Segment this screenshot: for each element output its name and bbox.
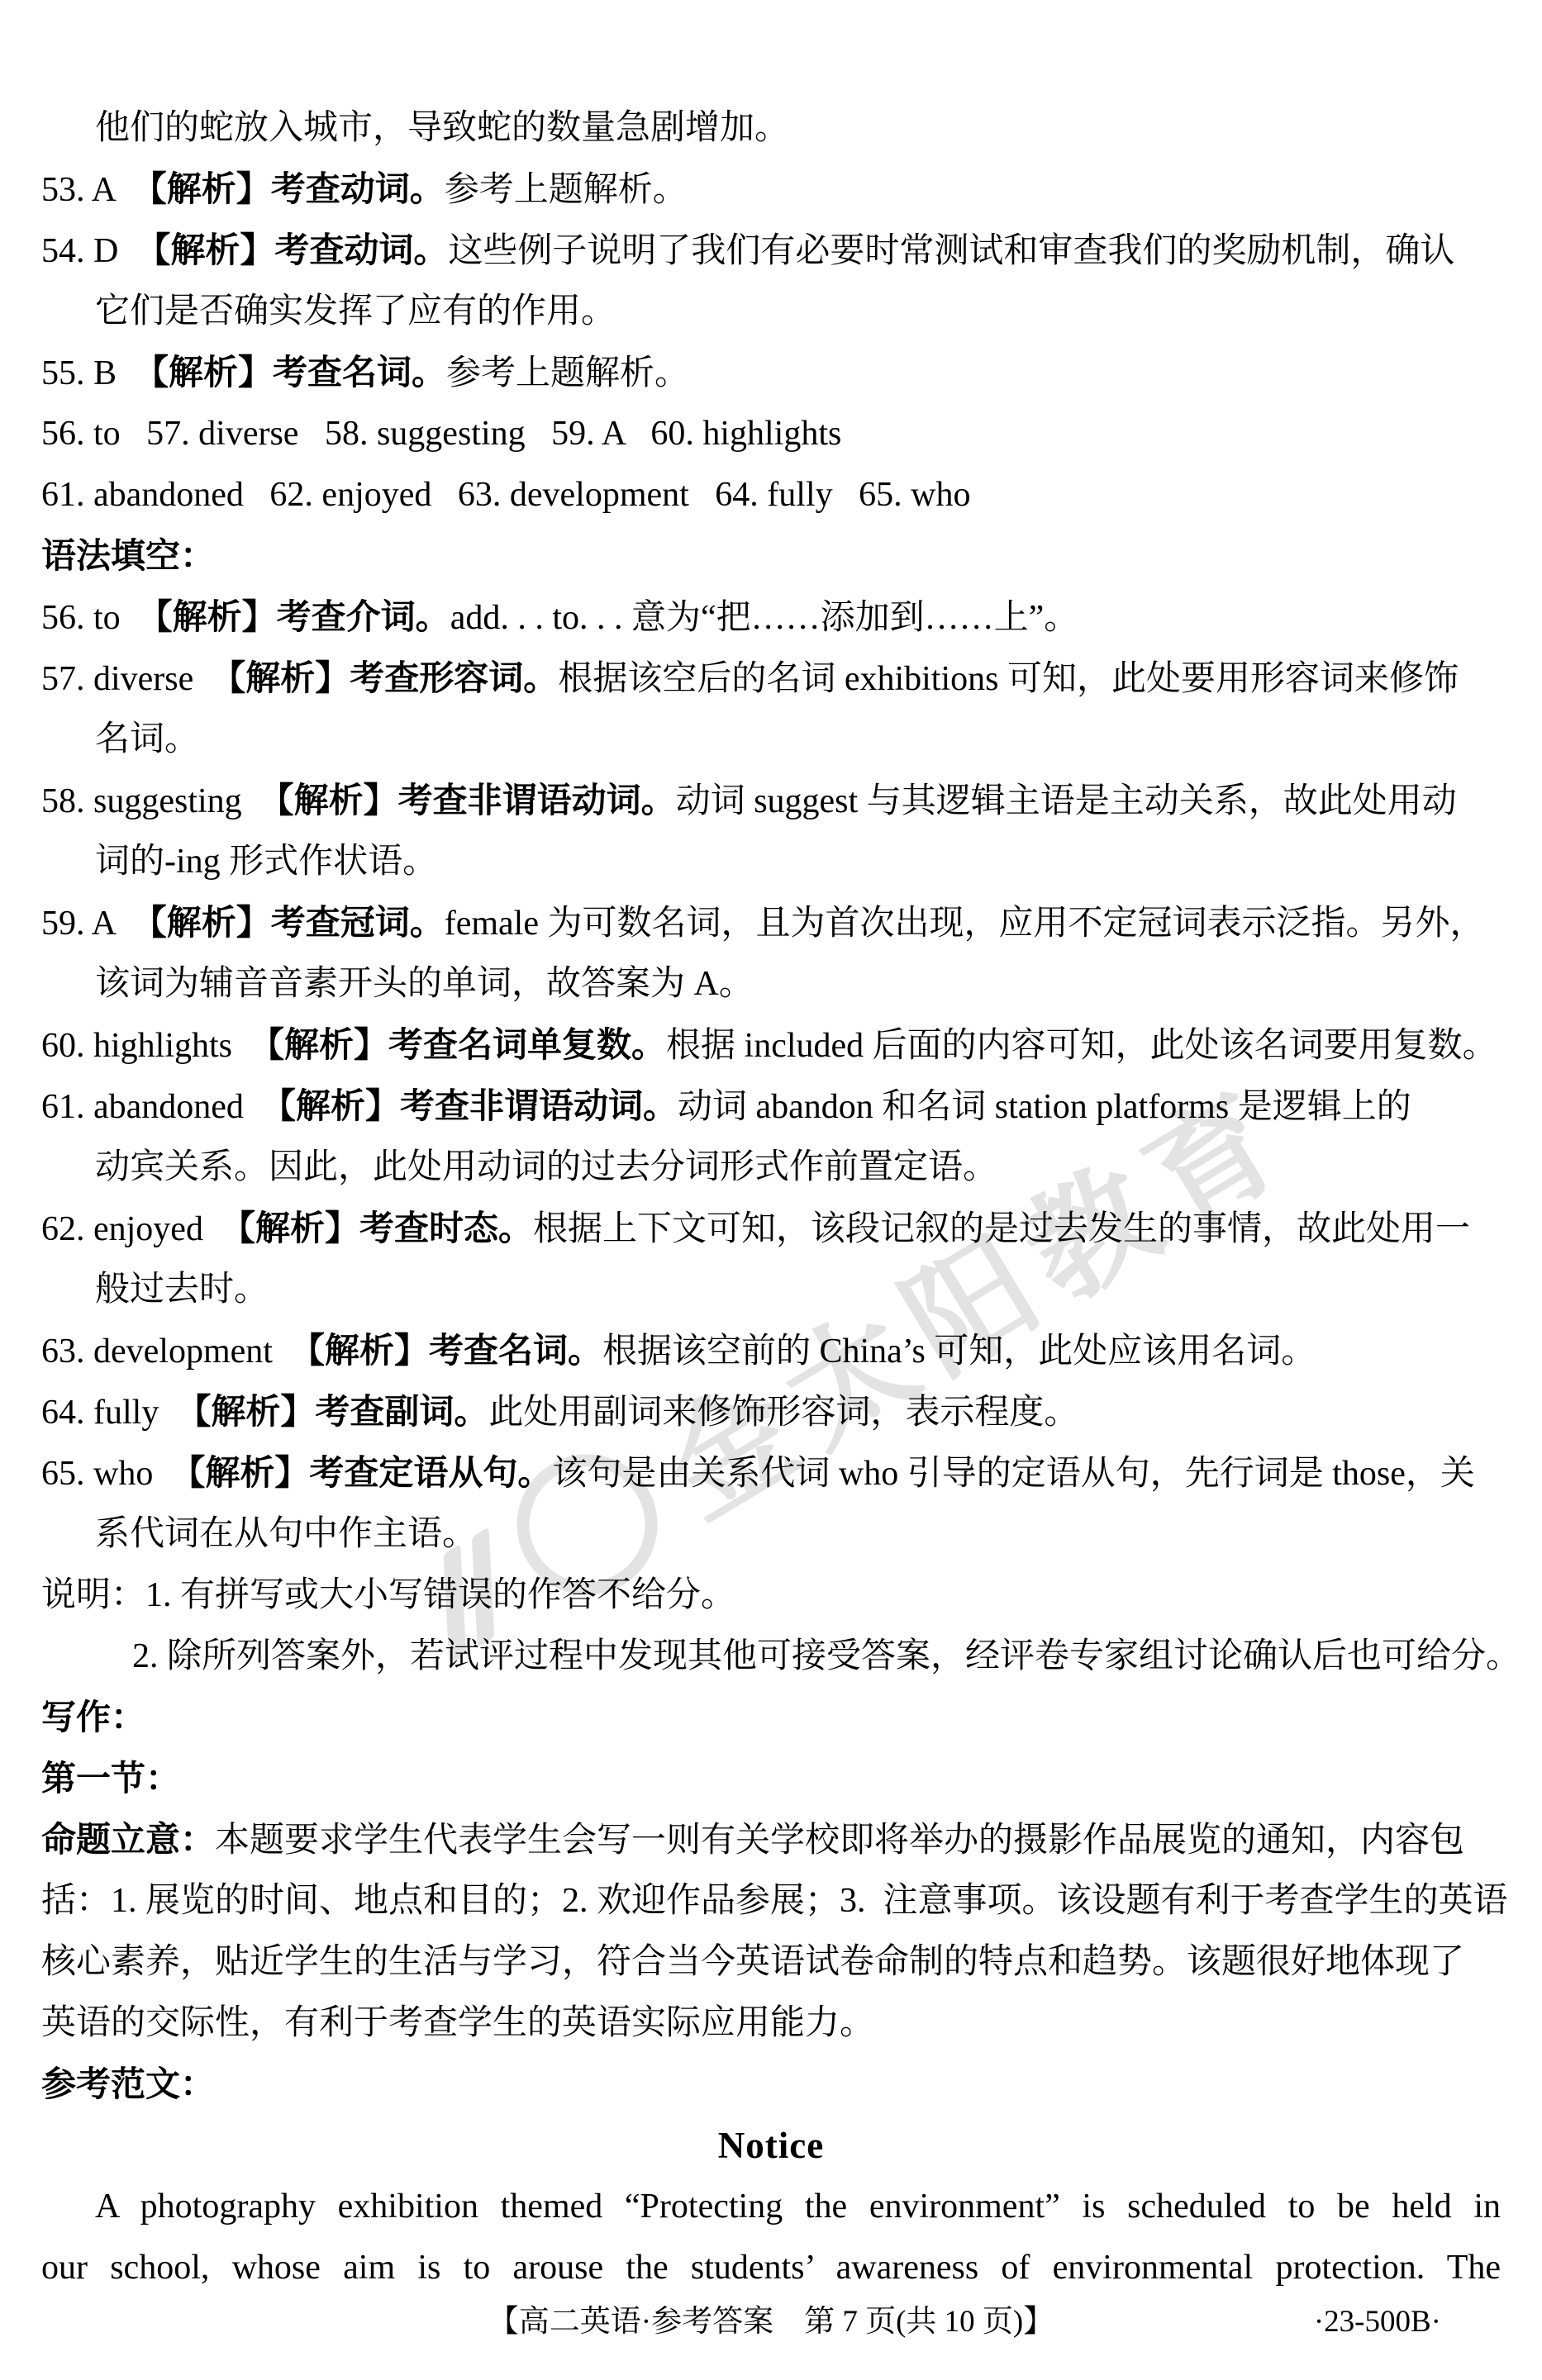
text-run: 55. B	[41, 354, 151, 392]
analysis-label: 【解析】考查形容词。	[228, 658, 558, 697]
analysis-label: 【解析】考查冠词。	[150, 903, 445, 942]
text-line: 名词。	[41, 709, 1501, 770]
analysis-label: 参考范文：	[41, 2064, 215, 2103]
text-line: 60. highlights 【解析】考查名词单复数。根据 included 后…	[41, 1014, 1501, 1076]
text-line: 61. abandoned 【解析】考查非谓语动词。动词 abandon 和名词…	[41, 1076, 1501, 1137]
text-line: 65. who 【解析】考查定语从句。该句是由关系代词 who 引导的定语从句，…	[41, 1442, 1501, 1504]
text-run: 这些例子说明了我们有必要时常测试和审查我们的奖励机制，确认	[448, 232, 1454, 270]
text-line: A photography exhibition themed “Protect…	[41, 2176, 1501, 2237]
text-run: 根据上下文可知，该段记叙的是过去发生的事情，故此处用一	[533, 1210, 1470, 1248]
text-run: 括：1. 展览的时间、地点和目的；2. 欢迎作品参展；3. 注意事项。该设题有利…	[41, 1882, 1508, 1920]
text-line: 词的-ing 形式作状语。	[41, 831, 1501, 892]
footer-paper-code: ·23-500B·	[1314, 2303, 1441, 2341]
analysis-label: 【解析】考查动词。	[150, 169, 445, 208]
text-run: 64. fully	[41, 1394, 193, 1432]
text-run: 59. A	[41, 905, 150, 943]
text-run: 英语的交际性，有利于考查学生的英语实际应用能力。	[41, 2004, 874, 2042]
analysis-label: 命题立意：	[41, 1820, 215, 1859]
answer-key-content: 他们的蛇放入城市，导致蛇的数量急剧增加。53. A 【解析】考查动词。参考上题解…	[41, 97, 1501, 2298]
text-run: 61. abandoned 62. enjoyed 63. developmen…	[41, 476, 970, 514]
text-run: 参考上题解析。	[446, 354, 689, 392]
text-line: 56. to 【解析】考查介词。add. . . to. . . 意为“把……添…	[41, 587, 1501, 648]
text-line: 63. development 【解析】考查名词。根据该空前的 China’s …	[41, 1320, 1501, 1381]
text-line: our school, whose aim is to arouse the s…	[41, 2237, 1501, 2298]
text-line: 第一节：	[41, 1748, 1501, 1809]
text-run: 它们是否确实发挥了应有的作用。	[95, 292, 616, 330]
text-line: 参考范文：	[41, 2054, 1501, 2115]
text-run: 根据该空后的名词 exhibitions 可知，此处要用形容词来修饰	[558, 660, 1459, 698]
text-line: 系代词在从句中作主语。	[41, 1504, 1501, 1565]
analysis-label: 写作：	[41, 1698, 145, 1736]
text-line: 58. suggesting 【解析】考查非谓语动词。动词 suggest 与其…	[41, 770, 1501, 831]
text-run: 名词。	[95, 720, 199, 758]
text-run: 参考上题解析。	[445, 171, 688, 209]
text-line: 61. abandoned 62. enjoyed 63. developmen…	[41, 464, 1501, 525]
text-run: 62. enjoyed	[41, 1210, 238, 1248]
analysis-label: 【解析】考查时态。	[238, 1209, 533, 1247]
text-run: 60. highlights	[41, 1027, 267, 1065]
document-page: 金太阳教育 他们的蛇放入城市，导致蛇的数量急剧增加。53. A 【解析】考查动词…	[0, 0, 1542, 2380]
analysis-label: 【解析】考查名词。	[307, 1331, 602, 1370]
text-line: 般过去时。	[41, 1259, 1501, 1320]
text-run: 63. development	[41, 1333, 307, 1371]
analysis-label: 【解析】考查非谓语动词。	[277, 781, 676, 819]
analysis-label: 【解析】考查非谓语动词。	[278, 1086, 678, 1125]
analysis-label: 【解析】考查名词。	[151, 353, 446, 392]
text-run: 53. A	[41, 171, 150, 209]
text-run: 根据 included 后面的内容可知，此处该名词要用复数。	[666, 1027, 1497, 1065]
text-run: our school, whose aim is to arouse the s…	[41, 2249, 1501, 2287]
footer-page-info: 【高二英语·参考答案 第 7 页(共 10 页)】	[0, 2303, 1542, 2341]
text-run: 根据该空前的 China’s 可知，此处应该用名词。	[602, 1333, 1316, 1371]
text-run: 56. to	[41, 599, 155, 637]
text-run: 58. suggesting	[41, 782, 277, 820]
text-line: 命题立意：本题要求学生代表学生会写一则有关学校即将举办的摄影作品展览的通知，内容…	[41, 1809, 1501, 1870]
text-line: 说明：1. 有拼写或大小写错误的作答不给分。	[41, 1565, 1501, 1626]
text-line: 56. to 57. diverse 58. suggesting 59. A …	[41, 403, 1501, 464]
text-run: 54. D	[41, 232, 153, 270]
text-run: 核心素养，贴近学生的生活与学习，符合当今英语试卷命制的特点和趋势。该题很好地体现…	[41, 1943, 1464, 1981]
text-line: 英语的交际性，有利于考查学生的英语实际应用能力。	[41, 1993, 1501, 2054]
text-run: 动词 abandon 和名词 station platforms 是逻辑上的	[678, 1088, 1411, 1126]
text-run: 他们的蛇放入城市，导致蛇的数量急剧增加。	[95, 109, 789, 147]
text-run: 61. abandoned	[41, 1088, 278, 1126]
text-run: 此处用副词来修饰形容词，表示程度。	[488, 1394, 1078, 1432]
analysis-label: 语法填空：	[41, 536, 215, 575]
text-run: 56. to 57. diverse 58. suggesting 59. A …	[41, 415, 841, 453]
text-line: 核心素养，贴近学生的生活与学习，符合当今英语试卷命制的特点和趋势。该题很好地体现…	[41, 1931, 1501, 1993]
text-run: 本题要求学生代表学生会写一则有关学校即将举办的摄影作品展览的通知，内容包	[215, 1822, 1464, 1860]
text-line: 62. enjoyed 【解析】考查时态。根据上下文可知，该段记叙的是过去发生的…	[41, 1198, 1501, 1259]
text-line: Notice	[41, 2115, 1501, 2176]
text-line: 它们是否确实发挥了应有的作用。	[41, 281, 1501, 342]
text-run: 动宾关系。因此，此处用动词的过去分词形式作前置定语。	[95, 1148, 997, 1186]
page-footer: 【高二英语·参考答案 第 7 页(共 10 页)】 ·23-500B·	[0, 2303, 1542, 2353]
analysis-label: 【解析】考查定语从句。	[188, 1453, 552, 1492]
text-run: 词的-ing 形式作状语。	[95, 843, 437, 881]
text-run: female 为可数名词，且为首次出现，应用不定冠词表示泛指。另外，	[445, 905, 1485, 943]
analysis-label: 【解析】考查介词。	[155, 597, 450, 636]
text-run: 说明：1. 有拼写或大小写错误的作答不给分。	[41, 1576, 735, 1614]
text-run: 65. who	[41, 1455, 188, 1493]
text-line: 55. B 【解析】考查名词。参考上题解析。	[41, 342, 1501, 403]
text-line: 括：1. 展览的时间、地点和目的；2. 欢迎作品参展；3. 注意事项。该设题有利…	[41, 1870, 1501, 1931]
text-run: 动词 suggest 与其逻辑主语是主动关系，故此处用动	[676, 782, 1457, 820]
text-run: 2. 除所列答案外，若试评过程中发现其他可接受答案，经评卷专家组讨论确认后也可给…	[132, 1637, 1521, 1675]
text-line: 64. fully 【解析】考查副词。此处用副词来修饰形容词，表示程度。	[41, 1381, 1501, 1442]
text-line: 他们的蛇放入城市，导致蛇的数量急剧增加。	[41, 97, 1501, 159]
text-run: 系代词在从句中作主语。	[95, 1515, 477, 1553]
text-run: 该句是由关系代词 who 引导的定语从句，先行词是 those，关	[552, 1455, 1475, 1493]
text-run: A photography exhibition themed “Protect…	[95, 2188, 1501, 2226]
text-line: 动宾关系。因此，此处用动词的过去分词形式作前置定语。	[41, 1137, 1501, 1198]
text-run: Notice	[718, 2125, 824, 2166]
text-line: 59. A 【解析】考查冠词。female 为可数名词，且为首次出现，应用不定冠…	[41, 892, 1501, 953]
analysis-label: 【解析】考查副词。	[193, 1392, 488, 1431]
analysis-label: 【解析】考查名词单复数。	[267, 1025, 666, 1064]
text-run: 57. diverse	[41, 660, 228, 698]
text-line: 54. D 【解析】考查动词。这些例子说明了我们有必要时常测试和审查我们的奖励机…	[41, 220, 1501, 281]
text-run: 般过去时。	[95, 1271, 269, 1309]
text-run: add. . . to. . . 意为“把……添加到……上”。	[450, 599, 1079, 637]
text-run: 该词为辅音音素开头的单词，故答案为 A。	[95, 965, 754, 1003]
text-line: 2. 除所列答案外，若试评过程中发现其他可接受答案，经评卷专家组讨论确认后也可给…	[41, 1626, 1501, 1687]
text-line: 语法填空：	[41, 525, 1501, 587]
text-line: 该词为辅音音素开头的单词，故答案为 A。	[41, 953, 1501, 1014]
analysis-label: 【解析】考查动词。	[153, 230, 448, 269]
text-line: 53. A 【解析】考查动词。参考上题解析。	[41, 159, 1501, 220]
analysis-label: 第一节：	[41, 1759, 180, 1798]
text-line: 57. diverse 【解析】考查形容词。根据该空后的名词 exhibitio…	[41, 648, 1501, 709]
text-line: 写作：	[41, 1687, 1501, 1748]
